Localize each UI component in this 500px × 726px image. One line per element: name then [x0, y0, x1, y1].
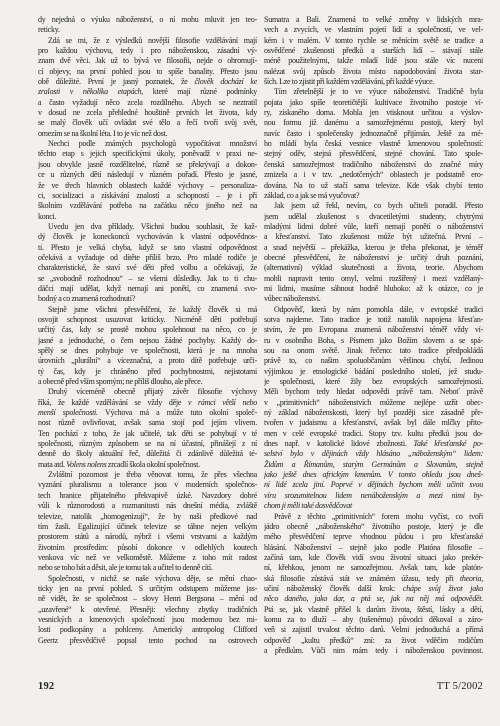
- text-line: mata atd. Volens nolens zrcadlí škola ok…: [38, 460, 257, 470]
- text-line: a snad největší – překážka, kterou je tř…: [264, 243, 483, 253]
- text-column-left: dy nejedná o výuku náboženství, o ní moh…: [38, 15, 257, 656]
- text-line: Sumatra a Bali. Znamená to velké změny v…: [264, 15, 483, 25]
- text-line: školním vzdělávání potřeba na začátku ně…: [38, 201, 257, 211]
- text-line: základ, co a jak se má vyučovat?: [264, 191, 483, 201]
- text-line: Měli bychom tedy hledat odpovědi právě t…: [264, 387, 483, 397]
- text-line: těchto etap s jejich specifickými úkoly,…: [38, 149, 257, 159]
- text-line: men v celé evropské tradici. Stopy tzv. …: [264, 429, 483, 439]
- text-line: Zdá se mi, že z výsledků novější filosof…: [38, 36, 257, 46]
- text-line: že ve třech hlavních oblastech každé výc…: [38, 181, 257, 191]
- text-line: stvím, že pro Evropana znamená náboženst…: [264, 325, 483, 335]
- text-line: venkova víc než ve velkoměstě. Můžeme z …: [38, 553, 257, 563]
- paragraph: Právě z těchto „primitivních“ forem mohu…: [264, 512, 483, 657]
- text-line: životním prostředím: působí dokonce v od…: [38, 543, 257, 553]
- text-line: zralosti v několika etapách, které mají …: [38, 87, 257, 97]
- text-line: vech a zvycích, ve vlastním pojetí lidí …: [264, 25, 483, 35]
- text-line: hlásání. Náboženství – stejně jako podle…: [264, 543, 483, 553]
- paragraph: Jak jsem už řekl, nevím, co bych učiteli…: [264, 201, 483, 304]
- paragraph: Stejně jsme všichni přesvědčeni, že každ…: [38, 305, 257, 388]
- text-line: tím žasli. Egalizující účinek televize s…: [38, 522, 257, 532]
- text-line: začíná tam, kde člověk vidí svou životní…: [264, 553, 483, 563]
- text-line: jsou obvykle jasně rozdělitelné, různě s…: [38, 160, 257, 170]
- paragraph: Sumatra a Bali. Znamená to velké změny v…: [264, 15, 483, 87]
- text-line: v „primitivních“ náboženstvích můžeme ne…: [264, 398, 483, 408]
- paragraph: Zvláštní pozornost je třeba věnovat tomu…: [38, 470, 257, 573]
- text-line: dnes např. v katolické lidové zbožnosti.…: [264, 439, 483, 449]
- text-line: omezím se na školní léta. I to je víc ne…: [38, 129, 257, 139]
- text-line: losti podkopány a pohlceny. Americký ant…: [38, 625, 257, 635]
- text-line: (alternativní) výklad skutečnosti a živo…: [264, 263, 483, 273]
- text-line: Židům a Římanům, starým Germánům a Slova…: [264, 460, 483, 470]
- text-line: dý člověk je koneckonců vychováván k vla…: [38, 232, 257, 242]
- text-line: pojata jako spíše teoretičtější kultivac…: [264, 98, 483, 108]
- text-line: jako ještě dnes africkým kmenům. V tomto…: [264, 470, 483, 480]
- text-line: denně do školy aktuální řeč, důležitá či…: [38, 449, 257, 459]
- text-line: ho mládí byla česká vesnice vlastně kmen…: [264, 139, 483, 149]
- text-line: říká, že každé vzdělávání se vždy děje v…: [38, 398, 257, 408]
- text-line: veň si zajistil trvalost těchto darů. Ve…: [264, 625, 483, 635]
- text-line: ticky jen na první pohled. S určitým ods…: [38, 584, 257, 594]
- text-line: Právě z těchto „primitivních“ forem mohu…: [264, 512, 483, 522]
- text-line: vyznání pluralismu a tolerance jsou v mo…: [38, 480, 257, 490]
- text-line: menší společnosti. Výchova má a může tut…: [38, 408, 257, 418]
- text-line: televize, natolik „homogenizují“, že by …: [38, 512, 257, 522]
- text-line: mi lidmi, musíme sáhnout hodně hluboko: …: [264, 284, 483, 294]
- scanned-page: dy nejedná o výuku náboženství, o ní moh…: [0, 0, 500, 726]
- text-line: dována. Na to už stačí sama televize. Kd…: [264, 181, 483, 191]
- text-block: dy nejedná o výuku náboženství, o ní moh…: [38, 15, 483, 656]
- text-line: znam dvě věci. Jak už to bývá ve filosof…: [38, 56, 257, 66]
- text-line: nou formu již danému a samozřejmému post…: [264, 118, 483, 128]
- text-line: vesnických a kmenových společností jsou …: [38, 615, 257, 625]
- text-line: a často vyžadují něco zcela rozdílného. …: [38, 98, 257, 108]
- paragraph: Druhý víceméně obecně přijatý závěr filo…: [38, 387, 257, 470]
- text-line: jsem udělal zkušenost s dvacetiletými st…: [264, 212, 483, 222]
- text-line: je společnosti, které žily bez evropskýc…: [264, 377, 483, 387]
- text-line: vůli k různorodosti a rozmanitosti nás d…: [38, 501, 257, 511]
- text-line: ný základ náboženskosti, který byl pozdě…: [264, 408, 483, 418]
- text-line: něco daného, jako dar, a ptá se, jak na …: [264, 594, 483, 604]
- text-line: Společnosti, v nichž se naše výchova děj…: [38, 574, 257, 584]
- text-line: kém i v malém. V tomto rychle se měnícím…: [264, 36, 483, 46]
- text-line: očekává a vyžaduje od dítěte příliš brzo…: [38, 253, 257, 263]
- text-line: prostorem států a národů, nýbrž i všemi …: [38, 532, 257, 542]
- text-line: ní lidé zcela jiní. Poprvé v dějinách by…: [264, 480, 483, 490]
- text-line: komu za to dluží – aby (tušenému) původc…: [264, 615, 483, 625]
- text-line: úrovních „plurální“ a víceznačná, a prot…: [38, 356, 257, 366]
- text-line: konci.: [38, 212, 257, 222]
- text-line: ní, křehkou, jenom ne samozřejmou. Avšak…: [264, 563, 483, 573]
- text-line: zmizela a i v tzv. „nedotčených“ oblaste…: [264, 170, 483, 180]
- text-line: ry, získaného doma. Mohla jen vtisknout …: [264, 108, 483, 118]
- text-line: jasné a jednoduché, o čem nejsou žádné p…: [38, 336, 257, 346]
- text-line: ru v osobního Boha, s Písmem jako Božím …: [264, 336, 483, 346]
- text-line: pro každou výchovu, tedy i pro nábožensk…: [38, 46, 257, 56]
- text-line: společnosti, různým způsobem se na ní úč…: [38, 439, 257, 449]
- page-number: 192: [38, 681, 54, 692]
- text-line: osvědčené zkušenosti předků a starších l…: [264, 46, 483, 56]
- text-line: sou na onom světě. Jinak řečeno: tato tr…: [264, 346, 483, 356]
- text-line: určitý čas, kdy se prostě mohou spolehno…: [38, 325, 257, 335]
- text-line: méně použitelnými, takže mladí lidé jsou…: [264, 56, 483, 66]
- text-line: ce u různých dětí následují v různém poř…: [38, 170, 257, 180]
- text-line: Nechci podle známých psychologů vypočítá…: [38, 139, 257, 149]
- text-line: mého přesvědčení teprve vhodnou půdou i …: [264, 532, 483, 542]
- text-line: obě důležité. První je jasný poznatek, ž…: [38, 77, 257, 87]
- text-line: osvojit schopnost usuzovat kriticky. Nic…: [38, 315, 257, 325]
- text-line: Stejně jsme všichni přesvědčeni, že každ…: [38, 305, 257, 315]
- text-line: v dosud ne zcela přehledné houštině prvn…: [38, 108, 257, 118]
- text-line: učiní náboženský člověk další krok: cháp…: [264, 584, 483, 594]
- text-line: a předkům. Vůči nim mám tedy i nábožensk…: [264, 646, 483, 656]
- text-line: reticky.: [38, 25, 257, 35]
- text-line: charakteristické, že staví své děti před…: [38, 263, 257, 273]
- text-line: tý čas, kdy je chráněno před pochybnostm…: [38, 367, 257, 377]
- journal-reference: TT 5/2002: [437, 681, 483, 692]
- text-line: Odpověď, která by nám pomohla dále, v ev…: [264, 305, 483, 315]
- text-line: Druhý víceméně obecně přijatý závěr filo…: [38, 387, 257, 397]
- text-line: bodný a co znamená rozhodnutí?: [38, 294, 257, 304]
- text-line: spělý se dnes pohybuje ve společnosti, k…: [38, 346, 257, 356]
- text-line: právě to, co našim spoluobčanům většinou…: [264, 356, 483, 366]
- text-line: nost různě ovlivňovat, avšak sama stojí …: [38, 418, 257, 428]
- text-line: dáčci mají udělat, když nemají ani ponět…: [38, 284, 257, 294]
- text-line: mladými lidmi dobré vůle, kteří nemají p…: [264, 222, 483, 232]
- text-line: chom ji měli také dosvědčovat: [264, 501, 483, 511]
- text-line: a křesťanství. Tato zkušenost může být u…: [264, 232, 483, 242]
- text-line: „uzavřené“ k otevřené. Přesněji: všechny…: [38, 605, 257, 615]
- text-line: Zvláštní pozornost je třeba věnovat tomu…: [38, 470, 257, 480]
- text-line: nalézat svůj způsob života místo napodob…: [264, 67, 483, 77]
- text-line: Geertz přesvědčivě popsal tento pochod n…: [38, 636, 257, 646]
- text-line: mohli napravit tento omyl, velmi rozšíře…: [264, 274, 483, 284]
- paragraph: Tím zřetelnější je to ve výuce náboženst…: [264, 87, 483, 201]
- text-line: dy nejedná o výuku náboženství, o ní moh…: [38, 15, 257, 25]
- text-line: stejný oděv, stejná přesvědčení, stejné …: [264, 149, 483, 159]
- text-line: jádro obecně „náboženského“ životního po…: [264, 522, 483, 532]
- text-line: selství bylo v dějinách vždy hlásáno „ná…: [264, 449, 483, 459]
- paragraph: dy nejedná o výuku náboženství, o ní moh…: [38, 15, 257, 36]
- text-line: výjimkou je etnologické bádání posledníh…: [264, 367, 483, 377]
- text-line: čenská samozřejmost tradičního náboženst…: [264, 160, 483, 170]
- text-line: ně vidět, že se společnost – slovy Henri…: [38, 594, 257, 604]
- text-line: ci, socializaci a získávání znalostí a s…: [38, 191, 257, 201]
- paragraph: Uvedu jen dva příklady. Všichni budou so…: [38, 222, 257, 305]
- text-line: sotva najdeme. Tato tradice je totiž nat…: [264, 315, 483, 325]
- paragraph: Společnosti, v nichž se naše výchova děj…: [38, 574, 257, 646]
- text-line: ších. Lze to zjistit při každém vzdělává…: [264, 77, 483, 87]
- text-line: vůbec náboženství.: [264, 294, 483, 304]
- text-line: víru srozumitelnou lidem nenáboženským a…: [264, 491, 483, 501]
- text-line: cí objevy, na první pohled jsou to spíše…: [38, 67, 257, 77]
- paragraph: Odpověď, která by nám pomohla dále, v ev…: [264, 305, 483, 512]
- text-line: tech hranice přijatelného překvapivě úzk…: [38, 491, 257, 501]
- text-column-right: Sumatra a Bali. Znamená to velké změny v…: [264, 15, 483, 656]
- text-line: nebo se toho bát a děsit, ale je tomu ta…: [38, 563, 257, 573]
- paragraph: Zdá se mi, že z výsledků novější filosof…: [38, 36, 257, 139]
- text-line: navíc často i společensky jednoznačně př…: [264, 129, 483, 139]
- text-line: ti. Přesto je velká chyba, když se tato …: [38, 243, 257, 253]
- text-line: se malý člověk učí ovládat své tělo a ře…: [38, 118, 257, 128]
- text-line: a obecně před vším sporným; ne příliš dl…: [38, 377, 257, 387]
- text-line: se „svobodně rozhodnou“ – se všemi důsle…: [38, 274, 257, 284]
- text-line: Uvedu jen dva příklady. Všichni budou so…: [38, 222, 257, 232]
- text-line: Ten pochází z toho, že jak učitelé, tak …: [38, 429, 257, 439]
- text-line: obecné přesvědčení, že náboženství je ur…: [264, 253, 483, 263]
- text-line: Tím zřetelnější je to ve výuce náboženst…: [264, 87, 483, 97]
- text-line: Ptá se, jak vlastně přišel k darům život…: [264, 605, 483, 615]
- text-line: ská filosofie zůstává stát ve známém úža…: [264, 574, 483, 584]
- paragraph: Nechci podle známých psychologů vypočítá…: [38, 139, 257, 222]
- text-line: odpověď „kultu předků“ zní: za život vdě…: [264, 636, 483, 646]
- text-line: tvořen v judaismu a křesťanství, avšak b…: [264, 418, 483, 428]
- text-line: Jak jsem už řekl, nevím, co bych učiteli…: [264, 201, 483, 211]
